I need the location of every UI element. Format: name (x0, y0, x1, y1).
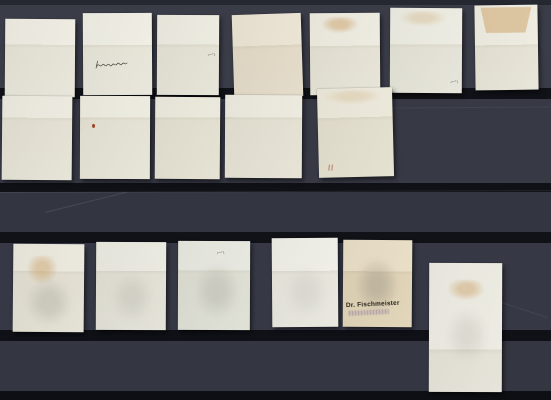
stamp-row1-7 (474, 5, 538, 91)
stamp-row3-6 (429, 263, 502, 392)
showthrough-shading (25, 278, 73, 326)
expert-handstamp-text: Dr. Fischmeister (346, 300, 400, 309)
pencil-notation (216, 243, 225, 261)
stamp-row1-2 (83, 13, 152, 95)
mounting-strip-band (0, 391, 551, 400)
hinge-remnant (325, 89, 380, 104)
stamp-row1-6 (390, 8, 462, 93)
stamp-row3-4 (272, 238, 339, 327)
expert-handstamp-second-line (349, 309, 389, 316)
showthrough-shading (110, 272, 154, 322)
hinge-remnant (322, 17, 358, 33)
mounting-strip-band (0, 192, 551, 232)
pencil-notation (450, 72, 459, 90)
stockbook-photo: Dr. Fischmeister (0, 0, 551, 400)
stamp-row3-3 (178, 241, 250, 330)
stamp-row1-5 (310, 13, 381, 95)
stamp-row2-5 (317, 87, 394, 178)
stamp-row2-2 (80, 96, 150, 179)
stamp-row1-1 (5, 19, 76, 97)
stamp-row3-2 (96, 242, 166, 330)
stamp-row1-4 (232, 13, 304, 98)
hinge-remnant (400, 11, 446, 26)
stamp-row2-4 (225, 95, 302, 178)
expert-signature-mark (94, 58, 128, 70)
stamp-row2-3 (155, 97, 221, 179)
hinge-remnant (448, 280, 484, 300)
stamp-row1-3 (157, 15, 219, 95)
rust-speck (92, 124, 95, 128)
stamp-row3-1 (13, 244, 85, 333)
stamp-row2-1 (2, 96, 73, 181)
pencil-notation (207, 45, 216, 63)
red-ink-mark (328, 159, 335, 177)
hinge-remnant (479, 7, 532, 34)
showthrough-shading (445, 308, 489, 363)
showthrough-shading (284, 266, 328, 318)
expert-handstamp: Dr. Fischmeister (346, 301, 410, 319)
stamp-row3-5: Dr. Fischmeister (343, 240, 413, 327)
showthrough-shading (194, 263, 240, 319)
